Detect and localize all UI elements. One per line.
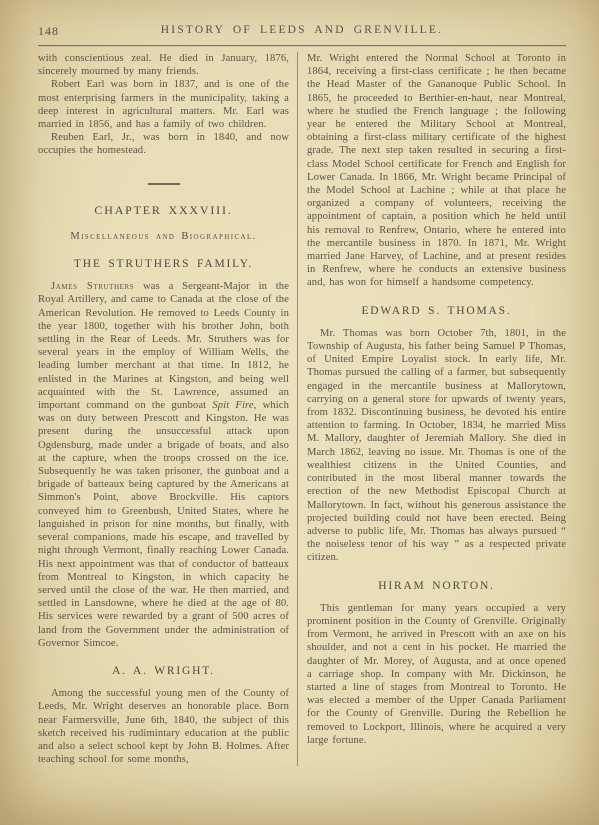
paragraph-earl-continuation: with conscientious zeal. He died in Janu… — [38, 52, 289, 78]
paragraph-robert-earl: Robert Earl was born in 1837, and is one… — [38, 78, 289, 131]
paragraph-thomas: Mr. Thomas was born October 7th, 1801, i… — [307, 327, 566, 565]
struthers-text-after-italic: , which was on duty between Prescott and… — [38, 400, 289, 649]
running-title: HISTORY OF LEEDS AND GRENVILLE. — [38, 24, 566, 36]
chapter-subtitle: Miscellaneous and Biographical. — [38, 230, 289, 243]
paragraph-wright: Among the successful young men of the Co… — [38, 687, 289, 766]
page-header: 148 HISTORY OF LEEDS AND GRENVILLE. — [38, 22, 566, 40]
paragraph-wright-continued: Mr. Wright entered the Normal School at … — [307, 52, 566, 290]
left-column: with conscientious zeal. He died in Janu… — [38, 52, 297, 766]
book-page: 148 HISTORY OF LEEDS AND GRENVILLE. with… — [0, 0, 599, 825]
paragraph-norton: This gentleman for many years occupied a… — [307, 602, 566, 747]
right-column: Mr. Wright entered the Normal School at … — [298, 52, 566, 766]
section-heading-struthers-family: THE STRUTHERS FAMILY. — [38, 258, 289, 271]
section-heading-wright: A. A. WRIGHT. — [38, 665, 289, 678]
section-divider — [148, 183, 180, 185]
paragraph-struthers: James Struthers was a Sergeant-Major in … — [38, 280, 289, 650]
paragraph-reuben-earl: Reuben Earl, Jr., was born in 1840, and … — [38, 131, 289, 157]
chapter-heading: CHAPTER XXXVIII. — [38, 204, 289, 217]
text-columns: with conscientious zeal. He died in Janu… — [38, 52, 566, 766]
section-heading-norton: HIRAM NORTON. — [307, 580, 566, 593]
lead-in-name: James Struthers — [51, 281, 134, 292]
header-rule — [38, 45, 566, 46]
struthers-text-before-italic: was a Sergeant-Major in the Royal Artill… — [38, 281, 289, 411]
gunboat-name-italic: Spit Fire — [212, 400, 253, 411]
section-heading-thomas: EDWARD S. THOMAS. — [307, 305, 566, 318]
